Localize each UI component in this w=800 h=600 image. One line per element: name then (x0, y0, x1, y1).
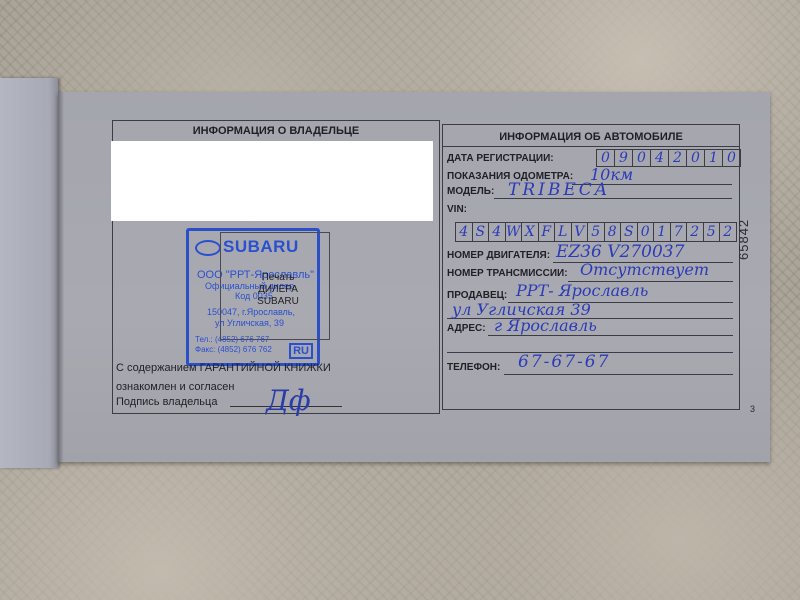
vehicle-section-title: ИНФОРМАЦИЯ ОБ АВТОМОБИЛЕ (443, 131, 739, 143)
booklet-left-page (0, 78, 58, 468)
phone-value: 67-67-67 (518, 352, 610, 372)
owner-section-title: ИНФОРМАЦИЯ О ВЛАДЕЛЬЦЕ (113, 125, 439, 137)
seller-value-line1: РРТ- Ярославль (516, 281, 648, 300)
transmission-value: Отсутствует (580, 260, 709, 279)
agreement-line2: ознакомлен и согласен (116, 381, 234, 393)
agreement-line1: С содержанием ГАРАНТИЙНОЙ КНИЖКИ (116, 362, 331, 374)
print-label-line1: Печать (236, 272, 320, 284)
vin-cells: 4S4WXFLV58S017252 (455, 222, 737, 242)
address-label: АДРЕС: (447, 323, 486, 334)
engine-value: EZ36 V270037 (556, 242, 684, 262)
vin-char-cell: 1 (654, 222, 671, 242)
page-number: 3 (750, 404, 755, 414)
booklet-serial-number: 65842 (736, 219, 751, 260)
date-digit-cell: 0 (687, 149, 705, 167)
owner-signature: Дф (266, 384, 311, 417)
subaru-stars-icon (195, 240, 221, 256)
vin-char-cell: 0 (638, 222, 655, 242)
vin-char-cell: 4 (489, 222, 506, 242)
model-label: МОДЕЛЬ: (447, 186, 494, 197)
date-digit-cell: 0 (723, 149, 741, 167)
date-digit-cell: 4 (651, 149, 669, 167)
print-label-line2: ДИЛЕРА SUBARU (236, 284, 320, 308)
vin-char-cell: 2 (720, 222, 737, 242)
vin-char-cell: 5 (588, 222, 605, 242)
vin-char-cell: S (473, 222, 490, 242)
phone-underline (504, 374, 733, 375)
vin-char-cell: 5 (704, 222, 721, 242)
vin-char-cell: 8 (605, 222, 622, 242)
vin-char-cell: 4 (455, 222, 473, 242)
vin-label: VIN: (447, 204, 467, 215)
vin-char-cell: 2 (687, 222, 704, 242)
engine-label: НОМЕР ДВИГАТЕЛЯ: (447, 250, 550, 261)
date-digit-cell: 1 (705, 149, 723, 167)
stamp-print-label: Печать ДИЛЕРА SUBARU (236, 272, 320, 308)
title-divider (443, 146, 739, 147)
vin-char-cell: L (555, 222, 572, 242)
stamp-fax: Факс: (4852) 676 762 (195, 345, 272, 354)
redacted-owner-details (111, 141, 433, 221)
stamp-country: RU (289, 343, 313, 359)
model-value: TRIBECA (508, 180, 610, 200)
signature-label: Подпись владельца (116, 396, 217, 408)
date-digit-cell: 0 (633, 149, 651, 167)
address-underline (488, 335, 733, 336)
vin-char-cell: S (621, 222, 638, 242)
vin-char-cell: W (506, 222, 523, 242)
date-digit-cell: 2 (669, 149, 687, 167)
vin-char-cell: 7 (671, 222, 688, 242)
registration-date-label: ДАТА РЕГИСТРАЦИИ: (447, 153, 554, 164)
phone-label: ТЕЛЕФОН: (447, 362, 500, 373)
vin-char-cell: X (522, 222, 539, 242)
address-value: г Ярославль (494, 316, 597, 335)
vin-char-cell: V (572, 222, 589, 242)
transmission-label: НОМЕР ТРАНСМИССИИ: (447, 268, 568, 279)
vin-char-cell: F (539, 222, 556, 242)
page-spine-shadow (58, 92, 64, 462)
